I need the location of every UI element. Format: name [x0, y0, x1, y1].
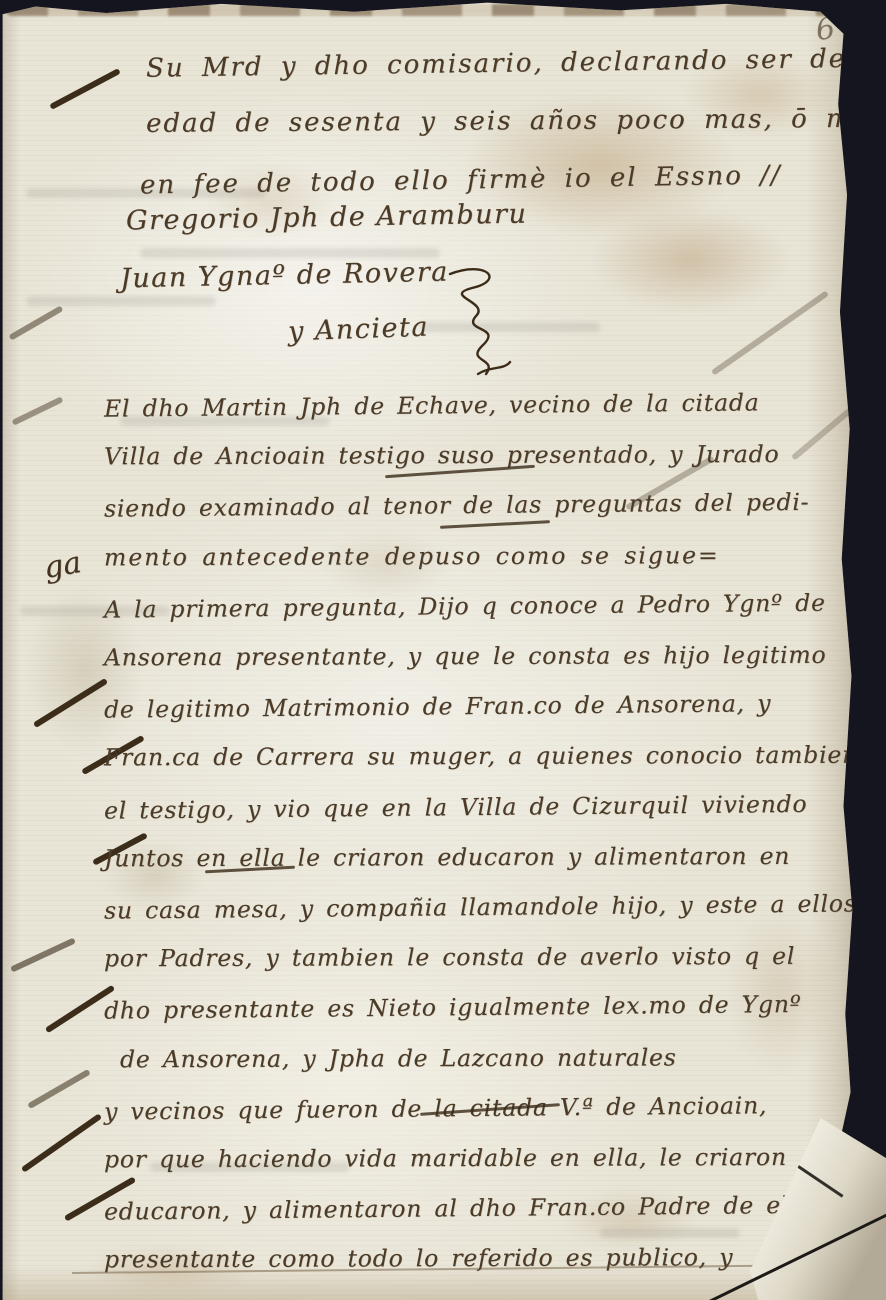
manuscript-line: su casa mesa, y compañia llamandole hijo… [104, 878, 858, 935]
manuscript-line: dho presentante es Nieto igualmente lex.… [104, 979, 858, 1036]
manuscript-line: educaron, y alimentaron al dho Fran.co P… [104, 1180, 858, 1237]
ink-stroke [49, 68, 121, 110]
manuscript-line: Juntos en ella le criaron educaron y ali… [104, 831, 858, 884]
ink-stroke [27, 1069, 91, 1109]
margin-note: ga [41, 545, 84, 586]
ghost-text-stripe [140, 248, 440, 258]
torn-top-edge [6, 4, 848, 16]
ghost-text-stripe [26, 296, 216, 306]
signature-gregorio-aramburu: Gregorio Jph de Aramburu [126, 198, 528, 236]
manuscript-line: edad de sesenta y seis años poco mas, ō … [146, 89, 886, 153]
manuscript-line: el testigo, y vio que en la Villa de Ciz… [104, 778, 858, 835]
signature-juan-ygnacio-line2: y Ancieta [288, 312, 430, 348]
manuscript-line: por Padres, y tambien le consta de averl… [104, 931, 858, 984]
manuscript-line: Fran.ca de Carrera su muger, a quienes c… [104, 730, 858, 783]
manuscript-line: de Ansorena, y Jpha de Lazcano naturales [120, 1031, 858, 1084]
signature-juan-ygnacio-line1: Juan Ygnaº de Rovera [120, 257, 449, 295]
manuscript-line: de legitimo Matrimonio de Fran.co de Ans… [104, 678, 858, 735]
closing-paragraph: Su Mrd y dho comisario, declarando ser d… [146, 34, 886, 208]
manuscript-line: Ansorena presentante, y que le consta es… [104, 630, 858, 683]
stain [560, 190, 820, 330]
manuscript-line: Su Mrd y dho comisario, declarando ser d… [146, 28, 886, 97]
manuscript-line: mento antecedente depuso como se sigue= [104, 529, 858, 582]
page-left-edge-shadow [0, 0, 20, 1300]
manuscript-line: por que haciendo vida maridable en ella,… [104, 1132, 858, 1185]
manuscript-line: presentante como todo lo referido es pub… [104, 1232, 858, 1285]
manuscript-line: A la primera pregunta, Dijo q conoce a P… [104, 577, 858, 634]
manuscript-page: 6 Su Mrd y dho comisario, declarando ser… [0, 0, 886, 1300]
ink-stroke [33, 678, 108, 728]
ink-stroke [21, 1113, 102, 1172]
manuscript-line: Villa de Ancioain testigo suso presentad… [104, 429, 858, 482]
manuscript-line: El dho Martin Jph de Echave, vecino de l… [104, 376, 858, 433]
testimony-paragraph: El dho Martin Jph de Echave, vecino de l… [104, 380, 858, 1284]
rubric-flourish-icon [420, 262, 520, 382]
